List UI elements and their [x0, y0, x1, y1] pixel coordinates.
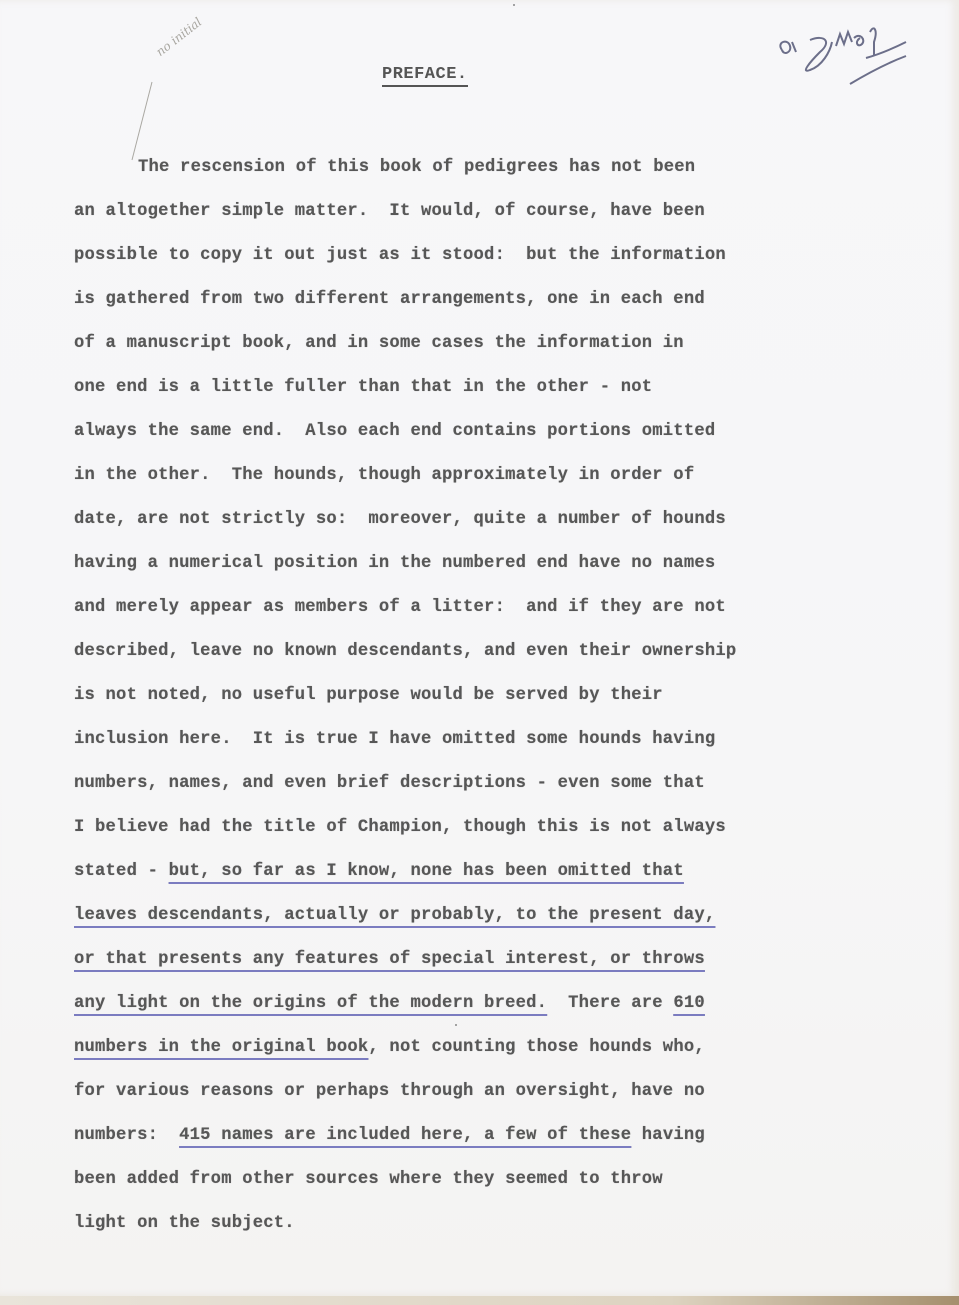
text-segment: numbers, names, and even brief descripti…: [74, 774, 705, 793]
page-title: PREFACE.: [382, 66, 468, 87]
text-line: inclusion here. It is true I have omitte…: [74, 724, 904, 768]
text-line: always the same end. Also each end conta…: [74, 416, 904, 460]
text-line: light on the subject.: [74, 1208, 904, 1252]
text-segment: for various reasons or perhaps through a…: [74, 1082, 705, 1101]
text-segment: one end is a little fuller than that in …: [74, 378, 652, 397]
preface-paragraph: The rescension of this book of pedigrees…: [74, 152, 904, 1252]
text-line: for various reasons or perhaps through a…: [74, 1076, 904, 1120]
text-segment: of a manuscript book, and in some cases …: [74, 334, 684, 353]
text-line: numbers, names, and even brief descripti…: [74, 768, 904, 812]
text-line: date, are not strictly so: moreover, qui…: [74, 504, 904, 548]
text-line: any light on the origins of the modern b…: [74, 988, 904, 1032]
text-line: The rescension of this book of pedigrees…: [74, 152, 904, 196]
text-line: is not noted, no useful purpose would be…: [74, 680, 904, 724]
text-segment: possible to copy it out just as it stood…: [74, 246, 726, 265]
text-line: described, leave no known descendants, a…: [74, 636, 904, 680]
text-line: or that presents any features of special…: [74, 944, 904, 988]
text-segment: numbers:: [74, 1126, 179, 1145]
text-segment: is not noted, no useful purpose would be…: [74, 686, 663, 705]
paper-bottom-edge: [0, 1296, 959, 1305]
text-segment: I believe had the title of Champion, tho…: [74, 818, 726, 837]
text-segment: having a numerical position in the numbe…: [74, 554, 715, 573]
underlined-text: leaves descendants, actually or probably…: [74, 906, 715, 925]
handwritten-signature: [770, 12, 950, 82]
text-segment: stated -: [74, 862, 169, 881]
text-line: numbers in the original book, not counti…: [74, 1032, 904, 1076]
text-segment: date, are not strictly so: moreover, qui…: [74, 510, 726, 529]
text-line: having a numerical position in the numbe…: [74, 548, 904, 592]
text-line: been added from other sources where they…: [74, 1164, 904, 1208]
text-segment: There are: [547, 994, 673, 1013]
text-segment: in the other. The hounds, though approxi…: [74, 466, 694, 485]
text-segment: described, leave no known descendants, a…: [74, 642, 736, 661]
text-segment: always the same end. Also each end conta…: [74, 422, 715, 441]
text-line: in the other. The hounds, though approxi…: [74, 460, 904, 504]
text-line: numbers: 415 names are included here, a …: [74, 1120, 904, 1164]
text-line: leaves descendants, actually or probably…: [74, 900, 904, 944]
underlined-text: 610: [673, 994, 705, 1013]
text-segment: is gathered from two different arrangeme…: [74, 290, 705, 309]
underlined-text: any light on the origins of the modern b…: [74, 994, 547, 1013]
text-line: is gathered from two different arrangeme…: [74, 284, 904, 328]
text-segment: inclusion here. It is true I have omitte…: [74, 730, 715, 749]
text-segment: and merely appear as members of a litter…: [74, 598, 726, 617]
text-segment: having: [631, 1126, 705, 1145]
text-segment: The rescension of this book of pedigrees…: [138, 158, 695, 177]
underlined-text: numbers in the original book: [74, 1038, 368, 1057]
paper-speck: [455, 1024, 457, 1026]
text-line: of a manuscript book, and in some cases …: [74, 328, 904, 372]
text-line: stated - but, so far as I know, none has…: [74, 856, 904, 900]
underlined-text: but, so far as I know, none has been omi…: [169, 862, 684, 881]
text-line: one end is a little fuller than that in …: [74, 372, 904, 416]
text-line: an altogether simple matter. It would, o…: [74, 196, 904, 240]
text-line: possible to copy it out just as it stood…: [74, 240, 904, 284]
text-line: and merely appear as members of a litter…: [74, 592, 904, 636]
document-page: no initial PREFACE. The rescension of th…: [0, 0, 959, 1296]
text-segment: been added from other sources where they…: [74, 1170, 663, 1189]
text-segment: an altogether simple matter. It would, o…: [74, 202, 705, 221]
underlined-text: or that presents any features of special…: [74, 950, 705, 969]
text-segment: light on the subject.: [74, 1214, 295, 1233]
text-segment: , not counting those hounds who,: [368, 1038, 704, 1057]
paper-speck: [513, 4, 515, 6]
text-line: I believe had the title of Champion, tho…: [74, 812, 904, 856]
underlined-text: 415 names are included here, a few of th…: [179, 1126, 631, 1145]
